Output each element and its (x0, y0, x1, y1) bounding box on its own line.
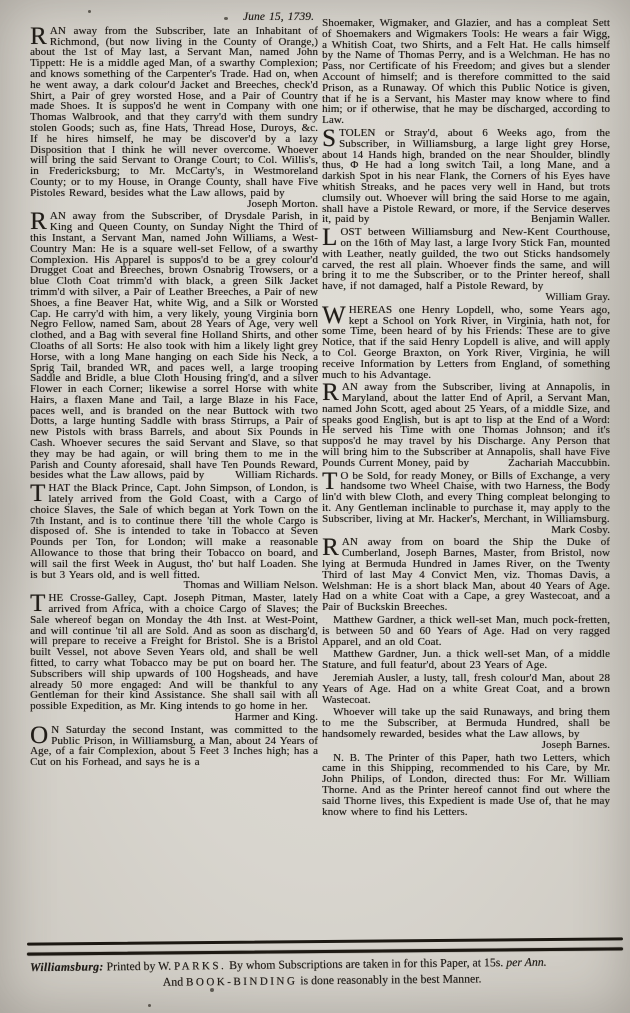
ad-text: N Saturday the second Instant, was commi… (30, 724, 318, 768)
drop-cap: R (30, 211, 50, 231)
ad-runaways-reward: Whoever will take up the said Runaways, … (322, 707, 610, 750)
ad-nota-bene-letters: N. B. The Printer of this Paper, hath tw… (322, 753, 610, 818)
dateline: June 15, 1739. (30, 12, 318, 23)
drop-cap: T (30, 593, 48, 613)
ad-text: HEREAS one Henry Lopdell, who, some Year… (322, 304, 610, 381)
ad-text: AN away from the Subscriber, late an Inh… (30, 25, 318, 199)
printer-name: PARKS. (174, 960, 226, 973)
ad-whereas-lopdell: WHEREAS one Henry Lopdell, who, some Yea… (322, 305, 610, 381)
ad-runaway-convicts: RAN away from on board the Ship the Duke… (322, 537, 610, 613)
ad-text: AN away from the Subscriber, of Drysdale… (30, 210, 318, 481)
drop-cap: W (322, 305, 349, 325)
imprint-subscriptions: By whom Subscriptions are taken in for t… (226, 955, 506, 972)
right-column: Shoemaker, Wigmaker, and Glazier, and ha… (322, 18, 610, 934)
signature: Benjamin Waller. (525, 214, 610, 225)
horizontal-rule (27, 937, 623, 945)
drop-cap: T (322, 471, 340, 491)
signature: William Gray. (539, 292, 610, 303)
ad-text: AN away from on board the Ship the Duke … (322, 536, 610, 613)
signature: William Richards. (229, 470, 318, 481)
drop-cap: S (322, 128, 339, 148)
signature: Harmer and King. (229, 712, 318, 723)
ad-convict-ausler: Jeremiah Ausler, a lusty, tall, fresh co… (322, 673, 610, 705)
ad-text: Shoemaker, Wigmaker, and Glazier, and ha… (322, 18, 610, 126)
ad-stolen-horse: STOLEN or Stray'd, about 6 Weeks ago, fr… (322, 128, 610, 225)
ad-ship-black-prince: THAT the Black Prince, Capt. John Simpso… (30, 483, 318, 591)
ad-convict-gardner-jun: Matthew Gardner, Jun. a thick well-set M… (322, 649, 610, 671)
signature: Thomas and William Nelson. (178, 580, 319, 591)
drop-cap: R (322, 382, 342, 402)
printer-imprint: Williamsburg: Printed by W. PARKS. By wh… (30, 954, 614, 992)
imprint-per-annum: per Ann. (506, 955, 547, 969)
ad-text: Matthew Gardner, Jun. a thick well-set M… (322, 648, 610, 671)
ad-committed-prison: ON Saturday the second Instant, was comm… (30, 725, 318, 768)
imprint-manner: is done reasonably in the best Manner. (297, 971, 481, 987)
ad-text: Matthew Gardner, a thick well-set Man, m… (322, 614, 610, 648)
signature: Zachariah Maccubbin. (502, 458, 610, 469)
bookbinding-label: BOOK-BINDING (186, 975, 297, 988)
ad-runaway-tippett: RAN away from the Subscriber, late an In… (30, 26, 318, 210)
imprint-place: Williamsburg: (30, 959, 104, 974)
drop-cap: T (30, 483, 48, 503)
left-column: June 15, 1739. RAN away from the Subscri… (30, 12, 318, 928)
ad-chaise-for-sale: TO be Sold, for ready Money, or Bills of… (322, 471, 610, 536)
ad-text: HAT the Black Prince, Capt. John Simpson… (30, 482, 318, 580)
signature: Joseph Barnes. (525, 740, 610, 751)
ad-runaway-williams: RAN away from the Subscriber, of Drysdal… (30, 211, 318, 481)
drop-cap: L (322, 227, 340, 247)
ad-runaway-scott: RAN away from the Subscriber, living at … (322, 382, 610, 468)
ad-text: TOLEN or Stray'd, about 6 Weeks ago, fro… (322, 127, 610, 225)
ad-text: OST between Williamsburg and New-Kent Co… (322, 226, 610, 292)
imprint-printed-by: Printed by W. (103, 959, 174, 974)
ad-text: AN away from the Subscriber, living at A… (322, 381, 610, 469)
imprint-and: And (163, 974, 186, 988)
ad-ship-crosse-galley: THE Crosse-Galley, Capt. Joseph Pitman, … (30, 593, 318, 723)
ad-text: N. B. The Printer of this Paper, hath tw… (322, 752, 610, 818)
ad-text: Jeremiah Ausler, a lusty, tall, fresh co… (322, 672, 610, 706)
signature: Mark Cosby. (545, 525, 610, 536)
drop-cap: R (30, 26, 50, 46)
ad-lost-fan: LOST between Williamsburg and New-Kent C… (322, 227, 610, 303)
ink-speck (148, 1004, 151, 1007)
ad-text: HE Crosse-Galley, Capt. Joseph Pitman, M… (30, 592, 318, 712)
drop-cap: O (30, 725, 51, 745)
ad-committed-prison-continued: Shoemaker, Wigmaker, and Glazier, and ha… (322, 18, 610, 126)
ad-convict-gardner: Matthew Gardner, a thick well-set Man, m… (322, 615, 610, 647)
signature: Joseph Morton. (241, 199, 318, 210)
ad-text: Whoever will take up the said Runaways, … (322, 706, 610, 740)
newspaper-page-scan: June 15, 1739. RAN away from the Subscri… (0, 0, 630, 1013)
drop-cap: R (322, 537, 342, 557)
ad-text: O be Sold, for ready Money, or Bills of … (322, 470, 610, 525)
